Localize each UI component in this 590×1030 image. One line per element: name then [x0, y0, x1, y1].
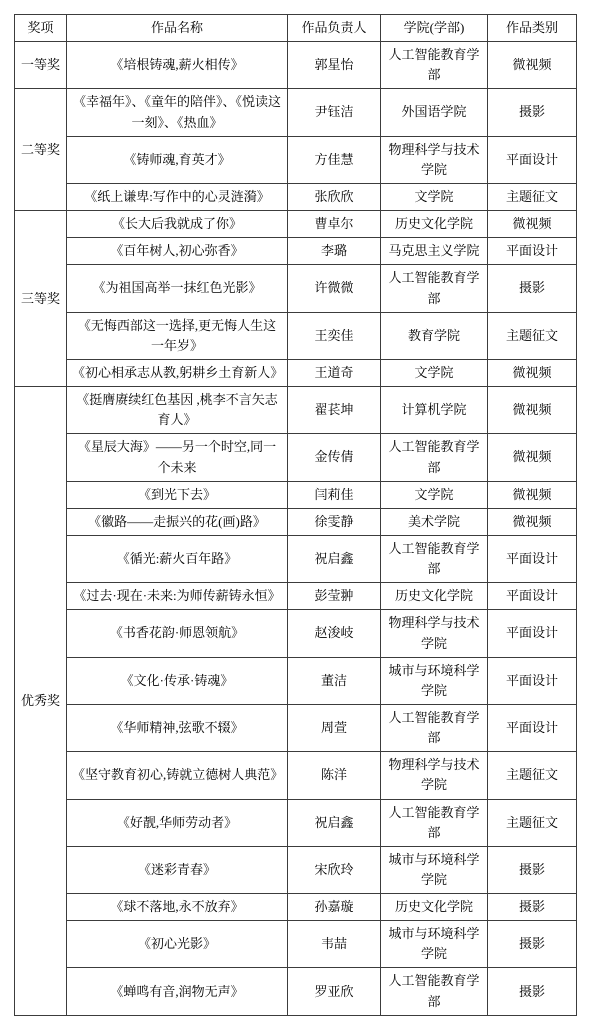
- leader-cell: 陈洋: [288, 752, 381, 799]
- work-title-cell: 《蝉鸣有音,润物无声》: [67, 968, 288, 1015]
- category-cell: 微视频: [488, 434, 577, 481]
- work-title-cell: 《初心相承志从教,躬耕乡土育新人》: [67, 359, 288, 386]
- work-title-cell: 《铸师魂,育英才》: [67, 136, 288, 183]
- category-cell: 主题征文: [488, 312, 577, 359]
- table-row: 《文化·传承·铸魂》董洁城市与环境科学学院平面设计: [15, 657, 577, 704]
- college-cell: 外国语学院: [381, 89, 488, 136]
- leader-cell: 韦喆: [288, 921, 381, 968]
- leader-cell: 董洁: [288, 657, 381, 704]
- work-title-cell: 《纸上谦卑:写作中的心灵涟漪》: [67, 183, 288, 210]
- header-work-title: 作品名称: [67, 15, 288, 42]
- college-cell: 文学院: [381, 359, 488, 386]
- category-cell: 摄影: [488, 846, 577, 893]
- leader-cell: 闫莉佳: [288, 481, 381, 508]
- college-cell: 计算机学院: [381, 387, 488, 434]
- college-cell: 文学院: [381, 183, 488, 210]
- work-title-cell: 《到光下去》: [67, 481, 288, 508]
- leader-cell: 徐雯静: [288, 508, 381, 535]
- table-row: 《为祖国高举一抹红色光影》许微微人工智能教育学部摄影: [15, 265, 577, 312]
- category-cell: 微视频: [488, 359, 577, 386]
- college-cell: 马克思主义学院: [381, 238, 488, 265]
- work-title-cell: 《文化·传承·铸魂》: [67, 657, 288, 704]
- category-cell: 平面设计: [488, 535, 577, 582]
- leader-cell: 王奕佳: [288, 312, 381, 359]
- leader-cell: 孙嘉璇: [288, 894, 381, 921]
- category-cell: 微视频: [488, 481, 577, 508]
- header-category: 作品类别: [488, 15, 577, 42]
- leader-cell: 许微微: [288, 265, 381, 312]
- college-cell: 人工智能教育学部: [381, 968, 488, 1015]
- table-row: 《星辰大海》——另一个时空,同一个未来金传倩人工智能教育学部微视频: [15, 434, 577, 481]
- college-cell: 历史文化学院: [381, 211, 488, 238]
- work-title-cell: 《初心光影》: [67, 921, 288, 968]
- awards-table: 奖项 作品名称 作品负责人 学院(学部) 作品类别 一等奖《培根铸魂,薪火相传》…: [14, 14, 577, 1016]
- document-page: 奖项 作品名称 作品负责人 学院(学部) 作品类别 一等奖《培根铸魂,薪火相传》…: [0, 0, 590, 1030]
- table-row: 《循光:薪火百年路》祝启鑫人工智能教育学部平面设计: [15, 535, 577, 582]
- work-title-cell: 《百年树人,初心弥香》: [67, 238, 288, 265]
- table-row: 《初心光影》韦喆城市与环境科学学院摄影: [15, 921, 577, 968]
- category-cell: 微视频: [488, 508, 577, 535]
- category-cell: 微视频: [488, 387, 577, 434]
- leader-cell: 祝启鑫: [288, 535, 381, 582]
- leader-cell: 尹钰洁: [288, 89, 381, 136]
- leader-cell: 方佳慧: [288, 136, 381, 183]
- table-row: 《坚守教育初心,铸就立德树人典范》陈洋物理科学与技术学院主题征文: [15, 752, 577, 799]
- header-college: 学院(学部): [381, 15, 488, 42]
- leader-cell: 赵浚岐: [288, 610, 381, 657]
- table-row: 《铸师魂,育英才》方佳慧物理科学与技术学院平面设计: [15, 136, 577, 183]
- table-row: 《到光下去》闫莉佳文学院微视频: [15, 481, 577, 508]
- college-cell: 城市与环境科学学院: [381, 846, 488, 893]
- leader-cell: 张欣欣: [288, 183, 381, 210]
- work-title-cell: 《幸福年》、《童年的陪伴》、《悦读这一刻》、《热血》: [67, 89, 288, 136]
- work-title-cell: 《迷彩青春》: [67, 846, 288, 893]
- work-title-cell: 《为祖国高举一抹红色光影》: [67, 265, 288, 312]
- table-row: 《过去·现在·未来:为师传薪铸永恒》彭莹翀历史文化学院平面设计: [15, 583, 577, 610]
- work-title-cell: 《长大后我就成了你》: [67, 211, 288, 238]
- header-leader: 作品负责人: [288, 15, 381, 42]
- college-cell: 城市与环境科学学院: [381, 657, 488, 704]
- college-cell: 历史文化学院: [381, 583, 488, 610]
- leader-cell: 祝启鑫: [288, 799, 381, 846]
- header-award: 奖项: [15, 15, 67, 42]
- category-cell: 微视频: [488, 211, 577, 238]
- work-title-cell: 《挺膺赓续红色基因 ,桃李不言矢志育人》: [67, 387, 288, 434]
- table-row: 二等奖《幸福年》、《童年的陪伴》、《悦读这一刻》、《热血》尹钰洁外国语学院摄影: [15, 89, 577, 136]
- category-cell: 摄影: [488, 968, 577, 1015]
- table-row: 一等奖《培根铸魂,薪火相传》郭星怡人工智能教育学部微视频: [15, 42, 577, 89]
- work-title-cell: 《无悔西部这一选择,更无悔人生这一年岁》: [67, 312, 288, 359]
- college-cell: 教育学院: [381, 312, 488, 359]
- college-cell: 美术学院: [381, 508, 488, 535]
- award-tier-cell: 三等奖: [15, 211, 67, 387]
- leader-cell: 曹卓尔: [288, 211, 381, 238]
- work-title-cell: 《书香花韵·师恩领航》: [67, 610, 288, 657]
- category-cell: 平面设计: [488, 583, 577, 610]
- leader-cell: 翟苌坤: [288, 387, 381, 434]
- work-title-cell: 《坚守教育初心,铸就立德树人典范》: [67, 752, 288, 799]
- table-row: 《无悔西部这一选择,更无悔人生这一年岁》王奕佳教育学院主题征文: [15, 312, 577, 359]
- table-row: 《华师精神,弦歌不辍》周萱人工智能教育学部平面设计: [15, 704, 577, 751]
- table-header: 奖项 作品名称 作品负责人 学院(学部) 作品类别: [15, 15, 577, 42]
- table-row: 优秀奖《挺膺赓续红色基因 ,桃李不言矢志育人》翟苌坤计算机学院微视频: [15, 387, 577, 434]
- category-cell: 摄影: [488, 894, 577, 921]
- work-title-cell: 《好靓,华师劳动者》: [67, 799, 288, 846]
- category-cell: 平面设计: [488, 238, 577, 265]
- award-tier-cell: 二等奖: [15, 89, 67, 211]
- leader-cell: 周萱: [288, 704, 381, 751]
- college-cell: 人工智能教育学部: [381, 535, 488, 582]
- category-cell: 主题征文: [488, 752, 577, 799]
- work-title-cell: 《球不落地,永不放弃》: [67, 894, 288, 921]
- table-row: 《迷彩青春》宋欣玲城市与环境科学学院摄影: [15, 846, 577, 893]
- table-row: 《好靓,华师劳动者》祝启鑫人工智能教育学部主题征文: [15, 799, 577, 846]
- table-row: 《球不落地,永不放弃》孙嘉璇历史文化学院摄影: [15, 894, 577, 921]
- college-cell: 文学院: [381, 481, 488, 508]
- college-cell: 物理科学与技术学院: [381, 752, 488, 799]
- work-title-cell: 《过去·现在·未来:为师传薪铸永恒》: [67, 583, 288, 610]
- college-cell: 历史文化学院: [381, 894, 488, 921]
- header-row: 奖项 作品名称 作品负责人 学院(学部) 作品类别: [15, 15, 577, 42]
- awards-table-body: 一等奖《培根铸魂,薪火相传》郭星怡人工智能教育学部微视频二等奖《幸福年》、《童年…: [15, 42, 577, 1016]
- college-cell: 物理科学与技术学院: [381, 610, 488, 657]
- category-cell: 微视频: [488, 42, 577, 89]
- category-cell: 摄影: [488, 89, 577, 136]
- table-row: 《书香花韵·师恩领航》赵浚岐物理科学与技术学院平面设计: [15, 610, 577, 657]
- work-title-cell: 《星辰大海》——另一个时空,同一个未来: [67, 434, 288, 481]
- award-tier-cell: 一等奖: [15, 42, 67, 89]
- category-cell: 摄影: [488, 921, 577, 968]
- category-cell: 摄影: [488, 265, 577, 312]
- leader-cell: 金传倩: [288, 434, 381, 481]
- college-cell: 人工智能教育学部: [381, 799, 488, 846]
- college-cell: 物理科学与技术学院: [381, 136, 488, 183]
- award-tier-cell: 优秀奖: [15, 387, 67, 1016]
- college-cell: 人工智能教育学部: [381, 704, 488, 751]
- work-title-cell: 《循光:薪火百年路》: [67, 535, 288, 582]
- leader-cell: 彭莹翀: [288, 583, 381, 610]
- college-cell: 人工智能教育学部: [381, 42, 488, 89]
- table-row: 《初心相承志从教,躬耕乡土育新人》王道奇文学院微视频: [15, 359, 577, 386]
- leader-cell: 李璐: [288, 238, 381, 265]
- category-cell: 平面设计: [488, 657, 577, 704]
- work-title-cell: 《徽路——走振兴的花(画)路》: [67, 508, 288, 535]
- table-row: 《百年树人,初心弥香》李璐马克思主义学院平面设计: [15, 238, 577, 265]
- college-cell: 城市与环境科学学院: [381, 921, 488, 968]
- leader-cell: 王道奇: [288, 359, 381, 386]
- category-cell: 平面设计: [488, 704, 577, 751]
- category-cell: 主题征文: [488, 799, 577, 846]
- table-row: 《徽路——走振兴的花(画)路》徐雯静美术学院微视频: [15, 508, 577, 535]
- leader-cell: 罗亚欣: [288, 968, 381, 1015]
- college-cell: 人工智能教育学部: [381, 434, 488, 481]
- work-title-cell: 《华师精神,弦歌不辍》: [67, 704, 288, 751]
- category-cell: 平面设计: [488, 610, 577, 657]
- leader-cell: 宋欣玲: [288, 846, 381, 893]
- category-cell: 平面设计: [488, 136, 577, 183]
- table-row: 《纸上谦卑:写作中的心灵涟漪》张欣欣文学院主题征文: [15, 183, 577, 210]
- table-row: 三等奖《长大后我就成了你》曹卓尔历史文化学院微视频: [15, 211, 577, 238]
- table-row: 《蝉鸣有音,润物无声》罗亚欣人工智能教育学部摄影: [15, 968, 577, 1015]
- work-title-cell: 《培根铸魂,薪火相传》: [67, 42, 288, 89]
- category-cell: 主题征文: [488, 183, 577, 210]
- leader-cell: 郭星怡: [288, 42, 381, 89]
- college-cell: 人工智能教育学部: [381, 265, 488, 312]
